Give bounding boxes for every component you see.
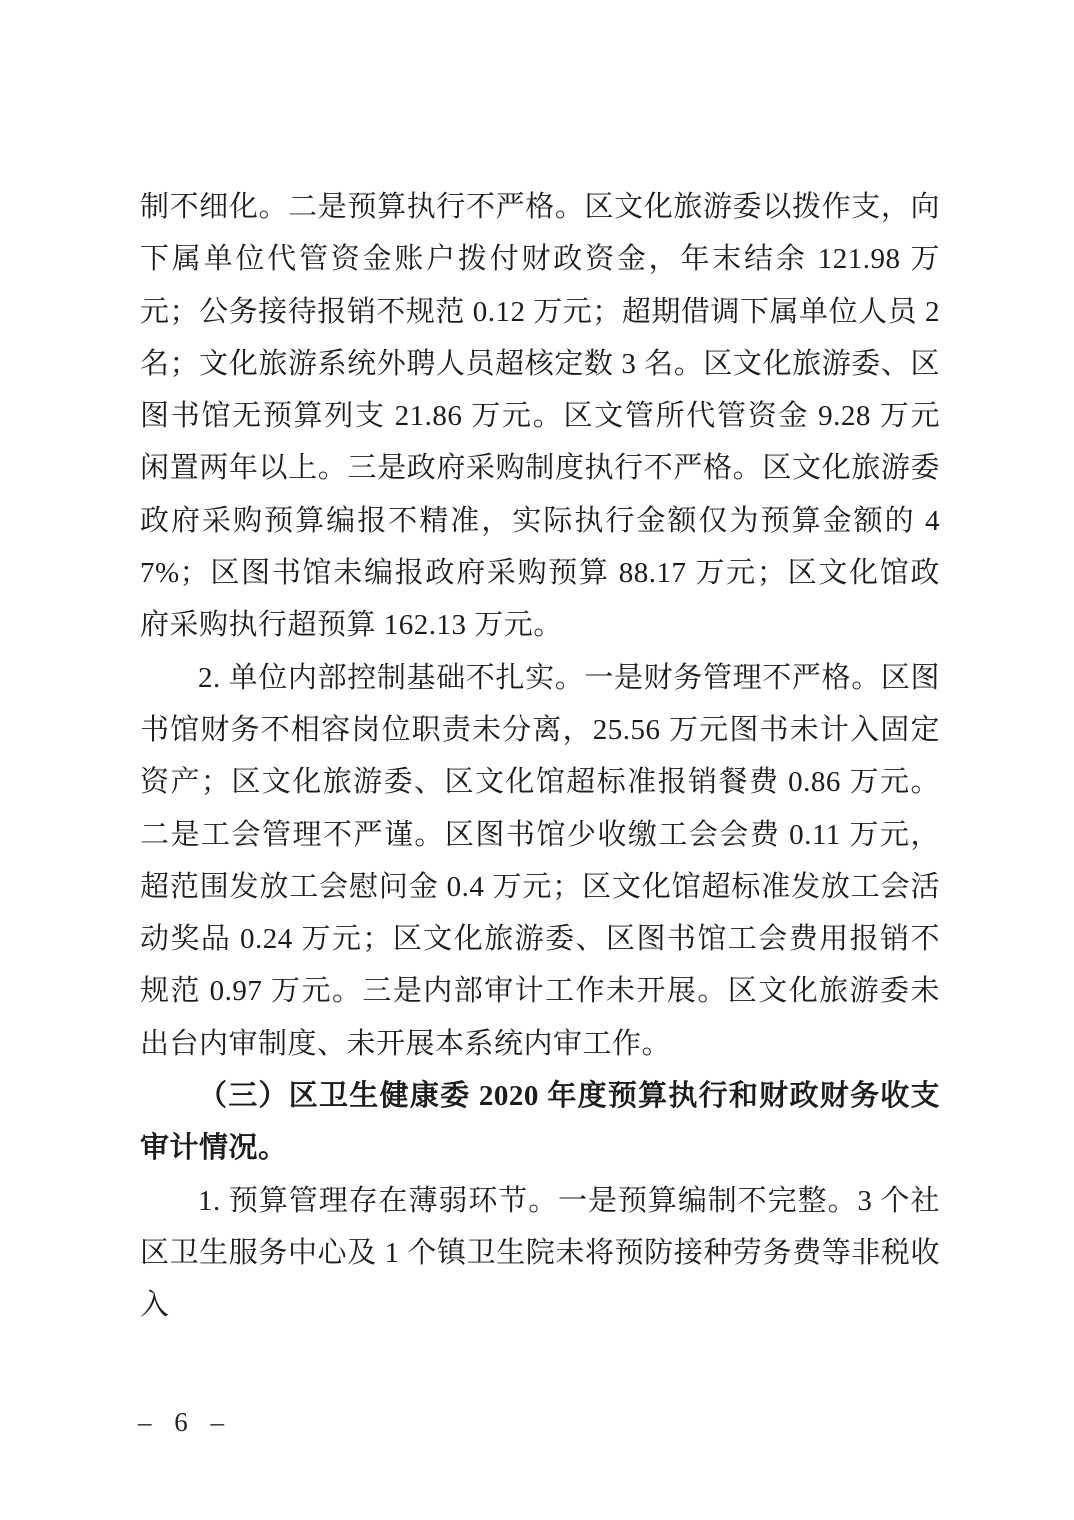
page-number: – 6 – <box>138 1405 232 1439</box>
body-paragraph-item-1: 1. 预算管理存在薄弱环节。一是预算编制不完整。3 个社区卫生服务中心及 1 个… <box>140 1175 940 1332</box>
document-page: 制不细化。二是预算执行不严格。区文化旅游委以拨作支，向下属单位代管资金账户拨付财… <box>0 0 1074 1520</box>
body-paragraph-item-2: 2. 单位内部控制基础不扎实。一是财务管理不严格。区图书馆财务不相容岗位职责未分… <box>140 652 940 1070</box>
document-body: 制不细化。二是预算执行不严格。区文化旅游委以拨作支，向下属单位代管资金账户拨付财… <box>140 181 940 1332</box>
section-heading-3: （三）区卫生健康委 2020 年度预算执行和财政财务收支审计情况。 <box>140 1070 940 1175</box>
body-paragraph-continuation: 制不细化。二是预算执行不严格。区文化旅游委以拨作支，向下属单位代管资金账户拨付财… <box>140 181 940 652</box>
